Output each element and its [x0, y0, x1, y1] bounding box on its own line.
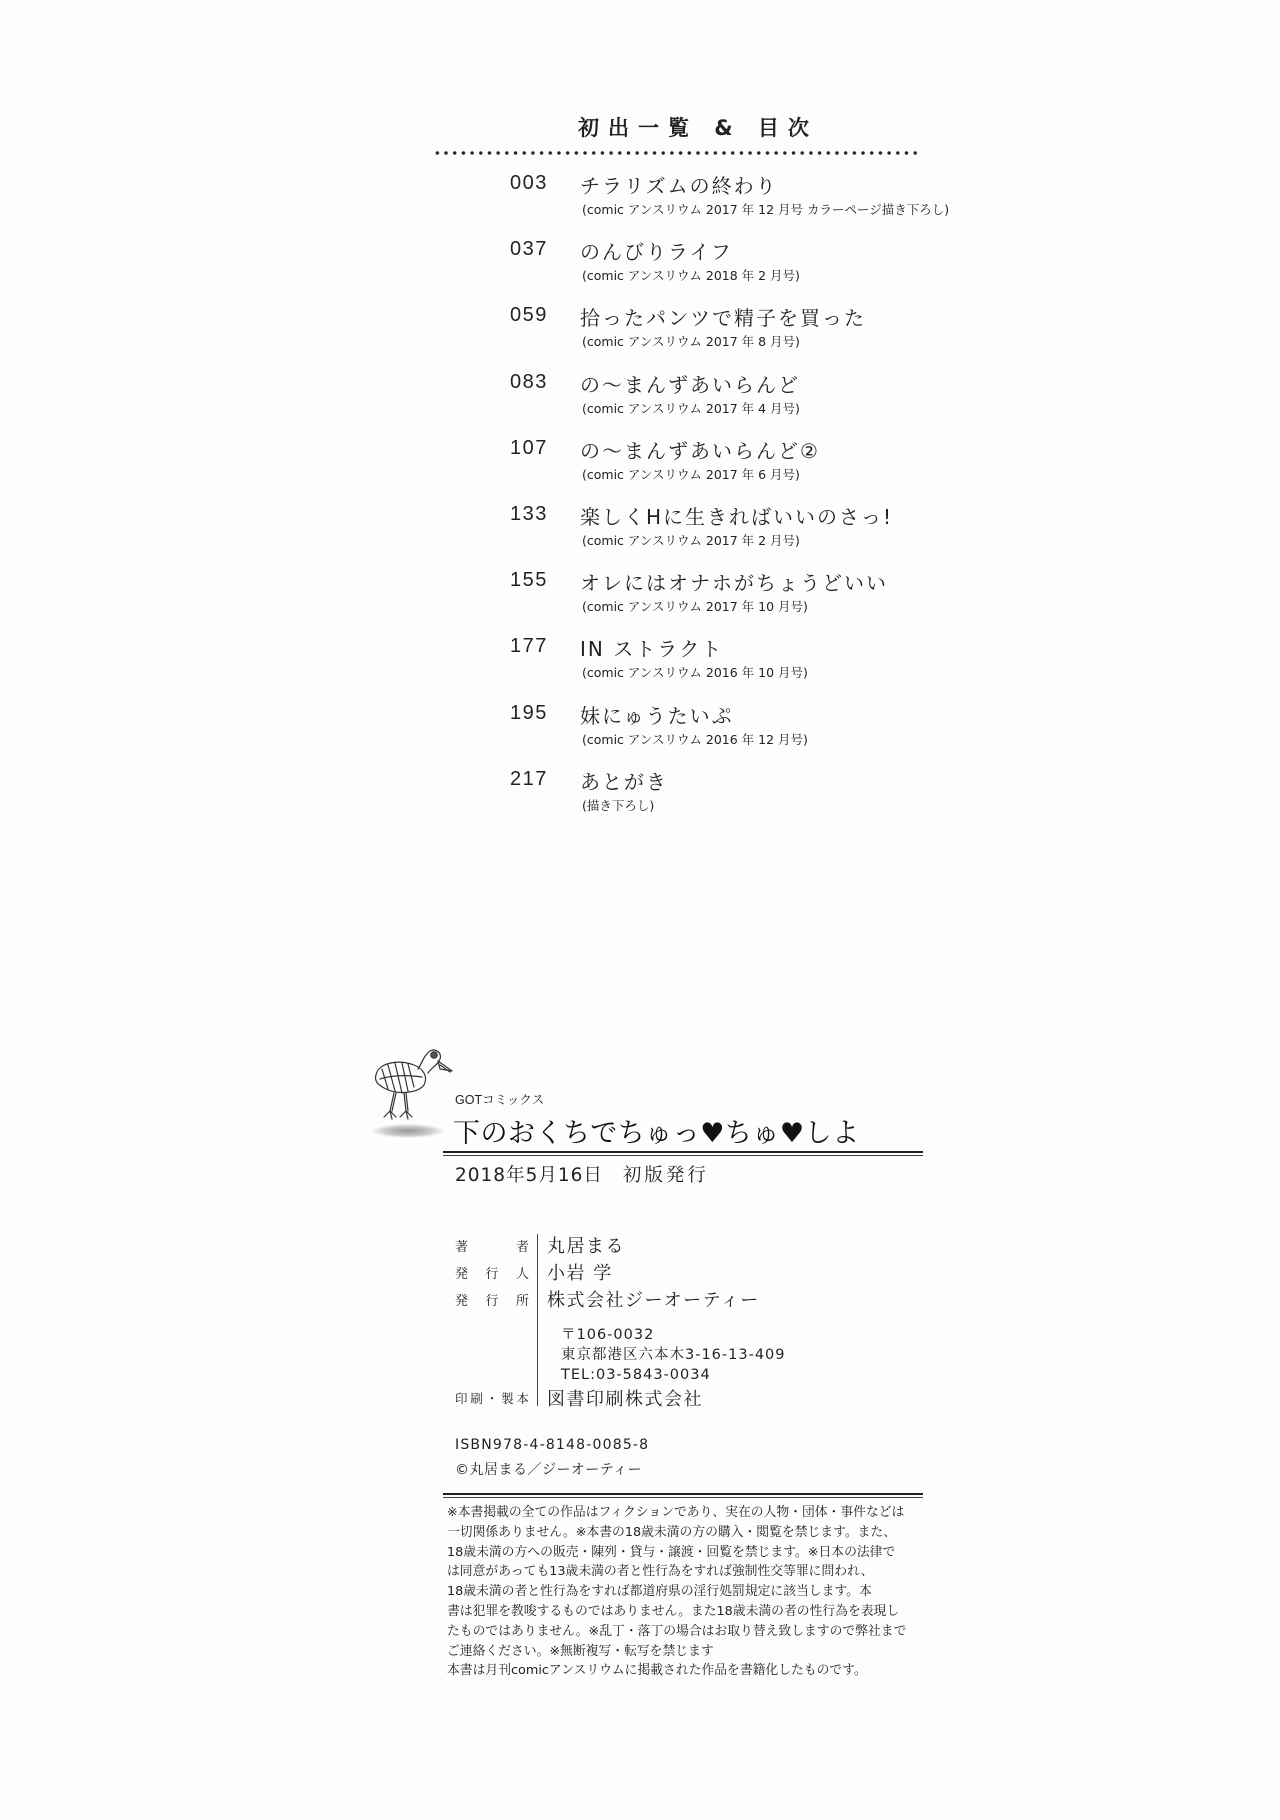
toc-entry: 107 の～まんずあいらんど② (comic アンスリウム 2017 年 6 月… [510, 435, 1030, 501]
dotted-divider [433, 151, 921, 155]
copyright: ©丸居まる／ジーオーティー [455, 1459, 642, 1479]
credits-block: 著 者 丸居まる 発行人 小岩 学 発行所 株式会社ジーオーティー [455, 1232, 935, 1313]
toc-entry: 059 拾ったパンツで精子を買った (comic アンスリウム 2017 年 8… [510, 302, 1030, 368]
credit-label: 発行人 [455, 1263, 529, 1282]
toc-story-title: のんびりライフ [580, 236, 733, 265]
toc-page-number: 003 [510, 172, 548, 195]
toc-first-appearance: (comic アンスリウム 2017 年 4 月号) [582, 399, 800, 417]
toc-first-appearance: (comic アンスリウム 2017 年 8 月号) [582, 332, 800, 350]
toc-entry: 083 の～まんずあいらんど (comic アンスリウム 2017 年 4 月号… [510, 369, 1030, 435]
notice-line: 一切関係ありません。※本書の18歳未満の方の購入・閲覧を禁じます。また、 [447, 1523, 937, 1543]
toc-page-number: 059 [510, 304, 548, 327]
toc-entry: 195 妹にゅうたいぷ (comic アンスリウム 2016 年 12 月号) [510, 700, 1030, 766]
toc-page-number: 133 [510, 503, 548, 526]
telephone: TEL:03-5843-0034 [561, 1365, 786, 1385]
toc-first-appearance: (comic アンスリウム 2016 年 10 月号) [582, 663, 808, 681]
series-label: GOTコミックス [455, 1090, 544, 1108]
toc-story-title: 妹にゅうたいぷ [580, 700, 734, 729]
toc-story-title: チラリズムの終わり [580, 170, 778, 199]
street-address: 東京都港区六本木3-16-13-409 [561, 1345, 786, 1365]
toc-story-title: 拾ったパンツで精子を買った [580, 302, 866, 331]
toc-first-appearance: (comic アンスリウム 2017 年 10 月号) [582, 597, 808, 615]
notice-line: は同意があっても13歳未満の者と性行為をすれば強制性交等罪に問われ、 [447, 1562, 937, 1582]
notice-line: 18歳未満の方への販売・陳列・貸与・譲渡・回覧を禁じます。※日本の法律で [447, 1543, 937, 1563]
toc-page-number: 107 [510, 437, 548, 460]
toc-story-title: 楽しくHに生きればいいのさっ! [580, 501, 893, 530]
notice-line: 本書は月刊comicアンスリウムに掲載された作品を書籍化したものです。 [447, 1661, 937, 1681]
toc-story-title: IN ストラクト [580, 633, 723, 662]
notice-line: 18歳未満の者と性行為をすれば都道府県の淫行処罰規定に該当します。本 [447, 1582, 937, 1602]
toc-entry: 177 IN ストラクト (comic アンスリウム 2016 年 10 月号) [510, 633, 1030, 699]
toc-story-title: オレにはオナホがちょうどいい [580, 567, 888, 596]
toc-first-appearance: (comic アンスリウム 2017 年 2 月号) [582, 531, 800, 549]
double-rule-divider [443, 1151, 923, 1156]
credit-label: 著 者 [455, 1236, 529, 1255]
toc-first-appearance: (comic アンスリウム 2017 年 12 月号 カラーページ描き下ろし) [582, 200, 949, 218]
toc-page-number: 217 [510, 768, 548, 791]
toc-entry: 217 あとがき (描き下ろし) [510, 766, 1030, 832]
toc-title: 初出一覧 & 目次 [578, 112, 818, 142]
toc-page-number: 195 [510, 702, 548, 725]
toc-first-appearance: (comic アンスリウム 2017 年 6 月号) [582, 465, 800, 483]
toc-story-title: あとがき [580, 766, 668, 795]
toc-first-appearance: (描き下ろし) [582, 796, 654, 814]
toc-story-title: の～まんずあいらんど [580, 369, 800, 398]
double-rule-divider [443, 1493, 923, 1498]
notice-line: ※本書掲載の全ての作品はフィクションであり、実在の人物・団体・事件などは [447, 1503, 937, 1523]
credit-label: 印刷・製本 [455, 1389, 529, 1407]
isbn: ISBN978-4-8148-0085-8 [455, 1437, 649, 1453]
postal-code: 〒106-0032 [561, 1325, 786, 1345]
publication-info: 2018年5月16日初版発行 [455, 1161, 709, 1187]
credit-row-publishing-house: 発行所 株式会社ジーオーティー [455, 1286, 935, 1313]
toc-list: 003 チラリズムの終わり (comic アンスリウム 2017 年 12 月号… [510, 170, 1030, 832]
book-page: 初出一覧 & 目次 003 チラリズムの終わり (comic アンスリウム 20… [0, 0, 1280, 1820]
toc-page-number: 177 [510, 635, 548, 658]
credit-row-author: 著 者 丸居まる [455, 1232, 935, 1259]
credit-row-publisher-person: 発行人 小岩 学 [455, 1259, 935, 1286]
notice-line: 書は犯罪を教唆するものではありません。また18歳未満の者の性行為を表現し [447, 1602, 937, 1622]
toc-story-title: の～まんずあいらんど② [580, 435, 820, 464]
publish-date: 2018年5月16日 [455, 1165, 603, 1186]
toc-page-number: 155 [510, 569, 548, 592]
toc-entry: 133 楽しくHに生きればいいのさっ! (comic アンスリウム 2017 年… [510, 501, 1030, 567]
toc-first-appearance: (comic アンスリウム 2018 年 2 月号) [582, 266, 800, 284]
printer-name: 図書印刷株式会社 [547, 1385, 703, 1411]
toc-page-number: 037 [510, 238, 548, 261]
publisher-address: 〒106-0032 東京都港区六本木3-16-13-409 TEL:03-584… [561, 1325, 786, 1385]
credit-label: 発行所 [455, 1290, 529, 1309]
toc-entry: 037 のんびりライフ (comic アンスリウム 2018 年 2 月号) [510, 236, 1030, 302]
notice-line: たものではありません。※乱丁・落丁の場合はお取り替え致しますので弊社まで [447, 1622, 937, 1642]
legal-notice: ※本書掲載の全ての作品はフィクションであり、実在の人物・団体・事件などは 一切関… [447, 1503, 937, 1681]
notice-line: ご連絡ください。※無断複写・転写を禁じます [447, 1642, 937, 1662]
edition-label: 初版発行 [623, 1165, 709, 1186]
mascot-shadow [372, 1124, 444, 1138]
credit-row-printer: 印刷・製本 図書印刷株式会社 [455, 1385, 935, 1412]
toc-first-appearance: (comic アンスリウム 2016 年 12 月号) [582, 730, 808, 748]
bird-mascot-icon [368, 1045, 458, 1125]
publisher-name: 小岩 学 [547, 1259, 613, 1285]
toc-entry: 003 チラリズムの終わり (comic アンスリウム 2017 年 12 月号… [510, 170, 1030, 236]
author-name: 丸居まる [547, 1232, 625, 1258]
toc-entry: 155 オレにはオナホがちょうどいい (comic アンスリウム 2017 年 … [510, 567, 1030, 633]
publishing-house-name: 株式会社ジーオーティー [547, 1286, 760, 1312]
toc-page-number: 083 [510, 371, 548, 394]
book-title: 下のおくちでちゅっ♥ちゅ♥しよ [453, 1111, 860, 1150]
